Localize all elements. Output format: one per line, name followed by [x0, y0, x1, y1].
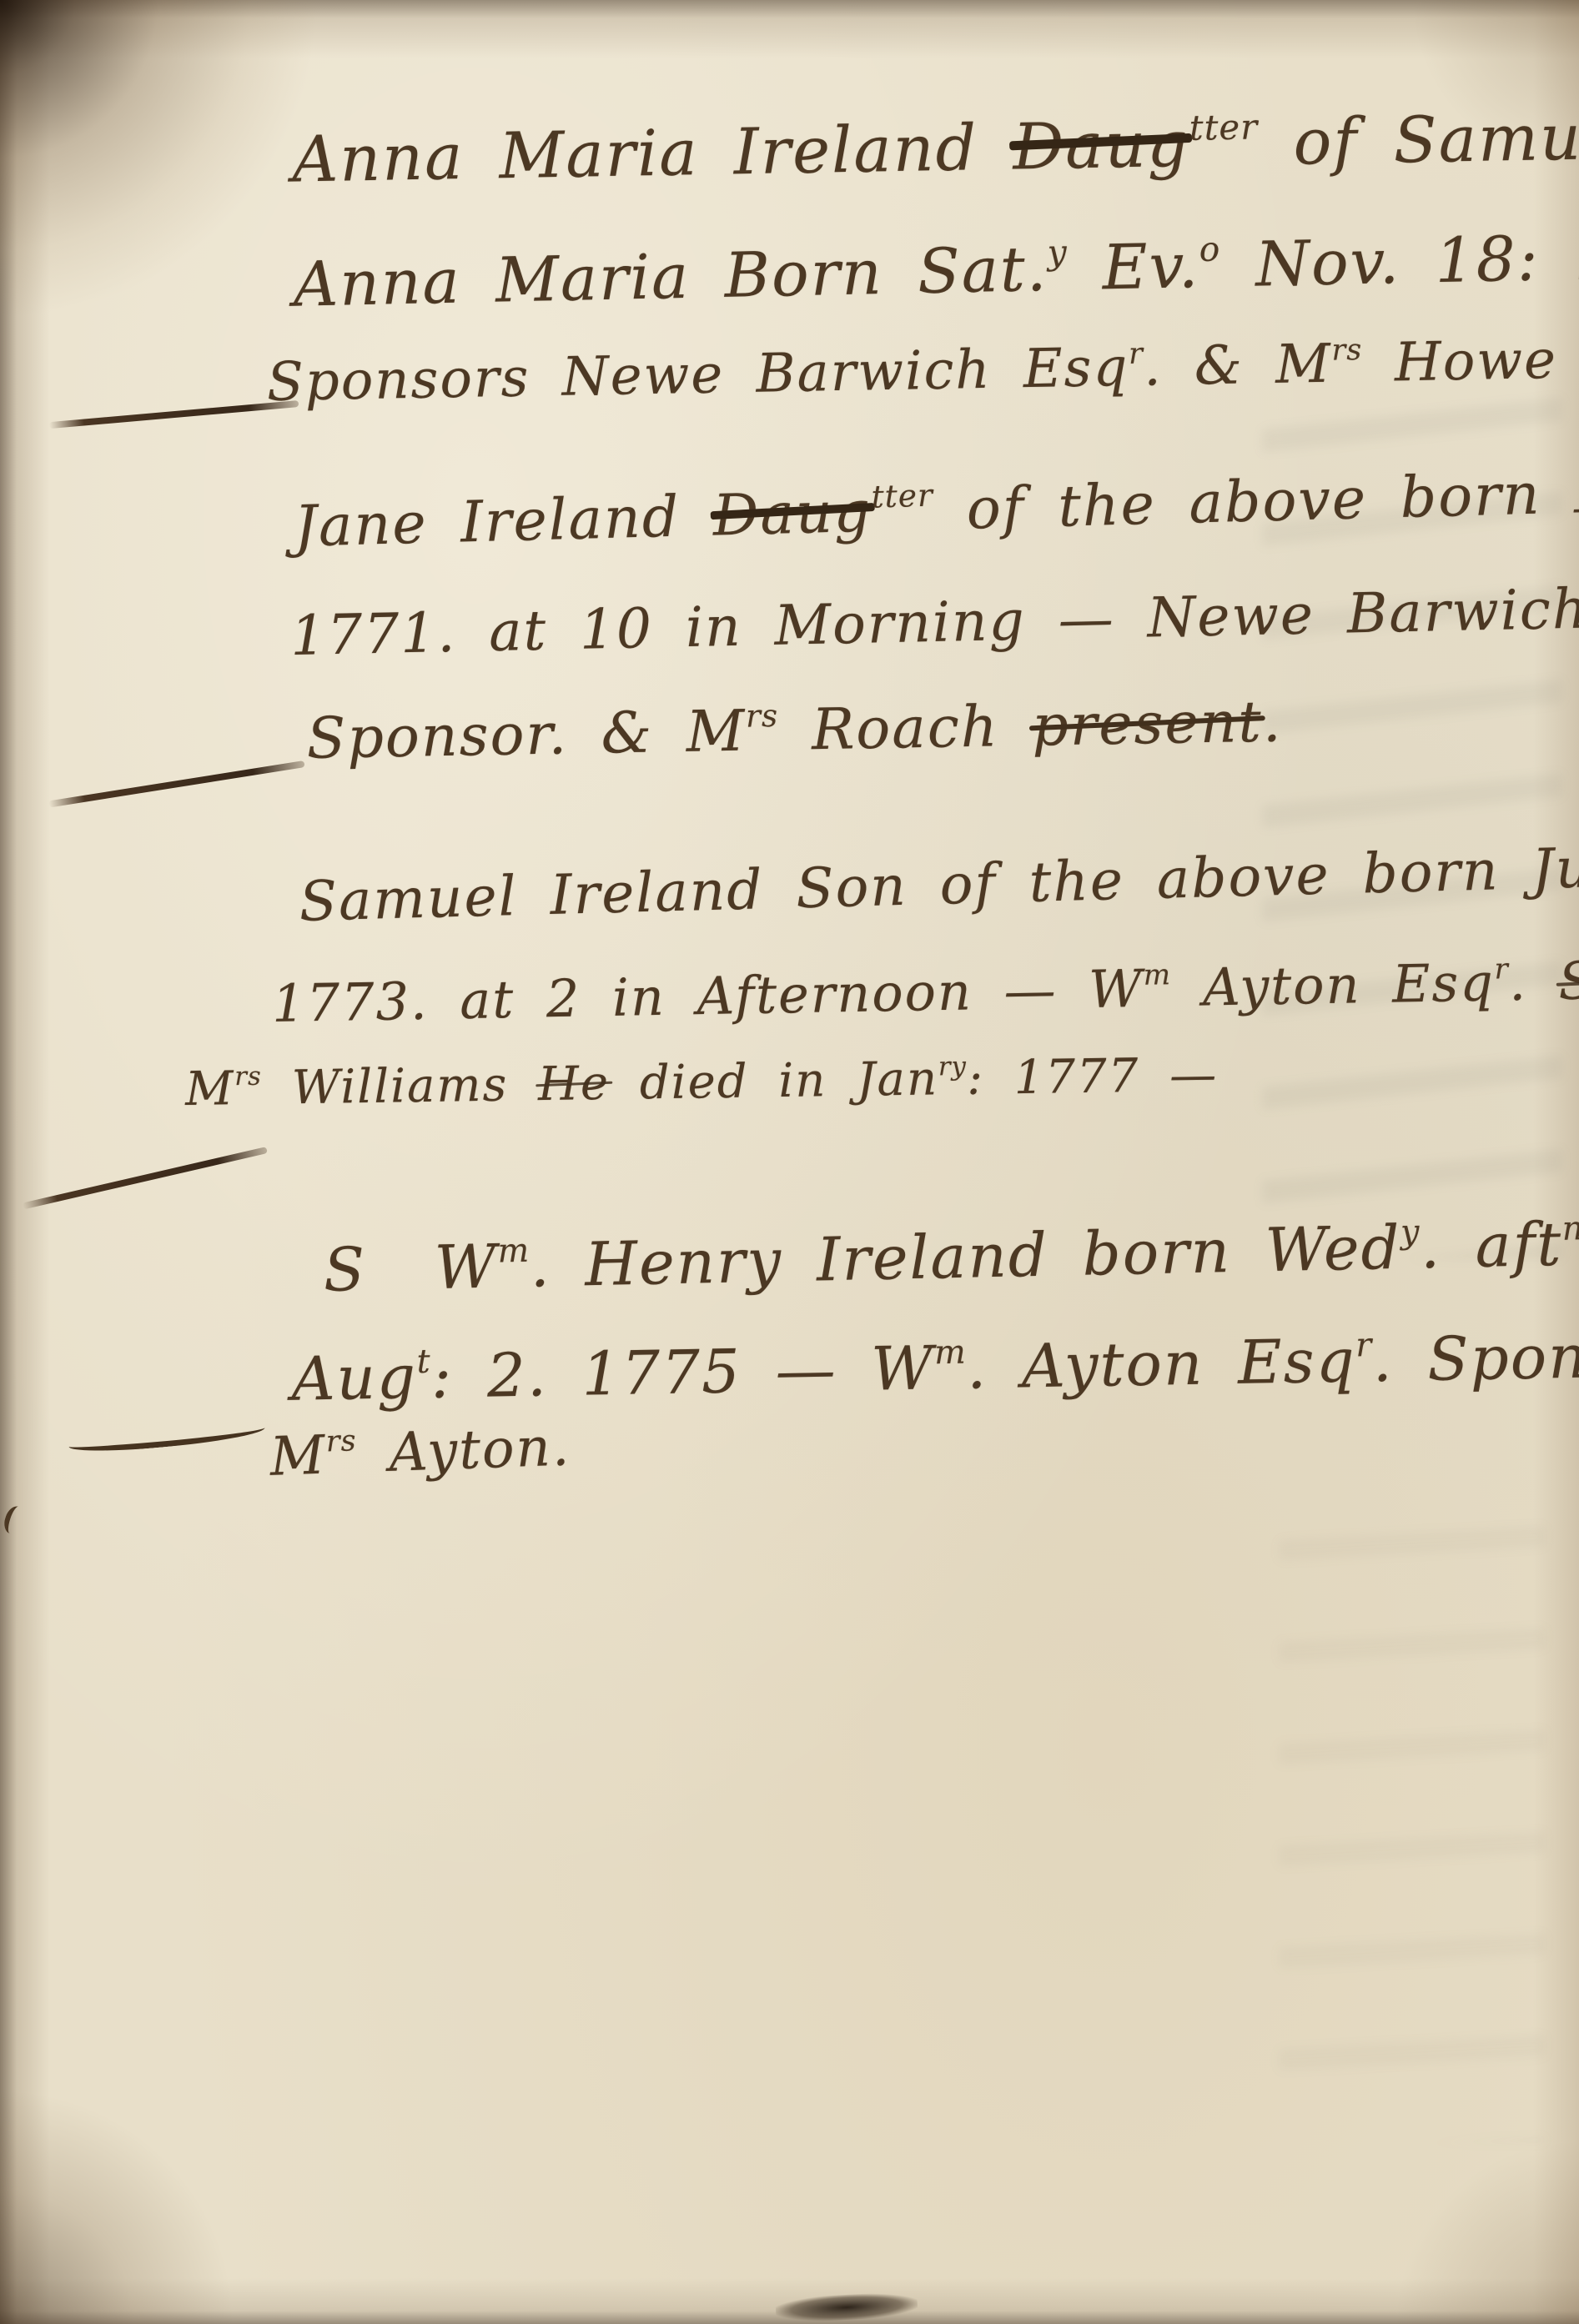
superscript-abbreviation: o — [1199, 229, 1220, 270]
superscript-abbreviation: r — [1494, 953, 1509, 986]
handwriting-segment: . & M — [1144, 334, 1333, 399]
handwriting-segment: Ayton Esq — [1171, 951, 1496, 1018]
register-line: Mrs Williams He died in Janry: 1777 — — [5, 994, 1219, 1173]
superscript-abbreviation: rs — [1331, 333, 1363, 368]
superscript-abbreviation: y — [1400, 1213, 1421, 1252]
superscript-abbreviation: rs — [325, 1423, 357, 1458]
handwriting-segment: M — [185, 1062, 235, 1117]
superscript-insertion: tter — [1189, 106, 1258, 148]
superscript-abbreviation: rs — [234, 1062, 262, 1092]
handwriting-segment: . — [1262, 689, 1283, 755]
register-line: Mrs Ayton. — [75, 1354, 574, 1556]
superscript-abbreviation: n — [1561, 1209, 1579, 1248]
superscript-insertion: tter — [871, 477, 933, 515]
margin-ink-mark — [1, 1503, 27, 1536]
superscript-abbreviation: m — [497, 1232, 530, 1271]
superscript-abbreviation: r — [1129, 336, 1144, 370]
handwriting-segment: M — [269, 1425, 328, 1488]
handwriting-segment: Sponsor. & M — [306, 699, 747, 772]
struck-word: Sponsor — [1558, 946, 1579, 1011]
superscript-abbreviation: m — [1143, 959, 1171, 993]
bottom-edge-ink-smudge — [775, 2291, 918, 2324]
superscript-abbreviation: r — [1355, 1326, 1373, 1364]
handwriting-segment: Howe — [1362, 329, 1579, 394]
superscript-abbreviation: m — [934, 1333, 967, 1373]
superscript-abbreviation: y — [1047, 233, 1068, 273]
handwriting-segment: Roach — [778, 694, 1033, 764]
struck-word: He — [538, 1057, 611, 1112]
handwriting-segment: Ayton. — [356, 1416, 571, 1485]
handwriting-segment: : 1777 — — [967, 1048, 1219, 1106]
handwriting-segment: Williams — [262, 1057, 539, 1116]
handwriting-segment: Sponsors Newe Barwich Esq — [266, 337, 1129, 414]
handwriting-segment: . — [1508, 951, 1559, 1012]
struck-word: present — [1032, 690, 1264, 760]
superscript-abbreviation: ry — [938, 1052, 968, 1082]
handwriting-segment: died in Jan — [610, 1052, 939, 1110]
handwriting-segment: . Ayton Esq — [966, 1325, 1356, 1402]
ink-bleed-through — [1279, 1459, 1546, 2143]
handwriting-segment: . Sponsor & — [1372, 1318, 1579, 1395]
superscript-abbreviation: rs — [746, 697, 779, 735]
manuscript-page: Anna Maria Ireland Daugtter of Samuel & … — [0, 0, 1579, 2324]
